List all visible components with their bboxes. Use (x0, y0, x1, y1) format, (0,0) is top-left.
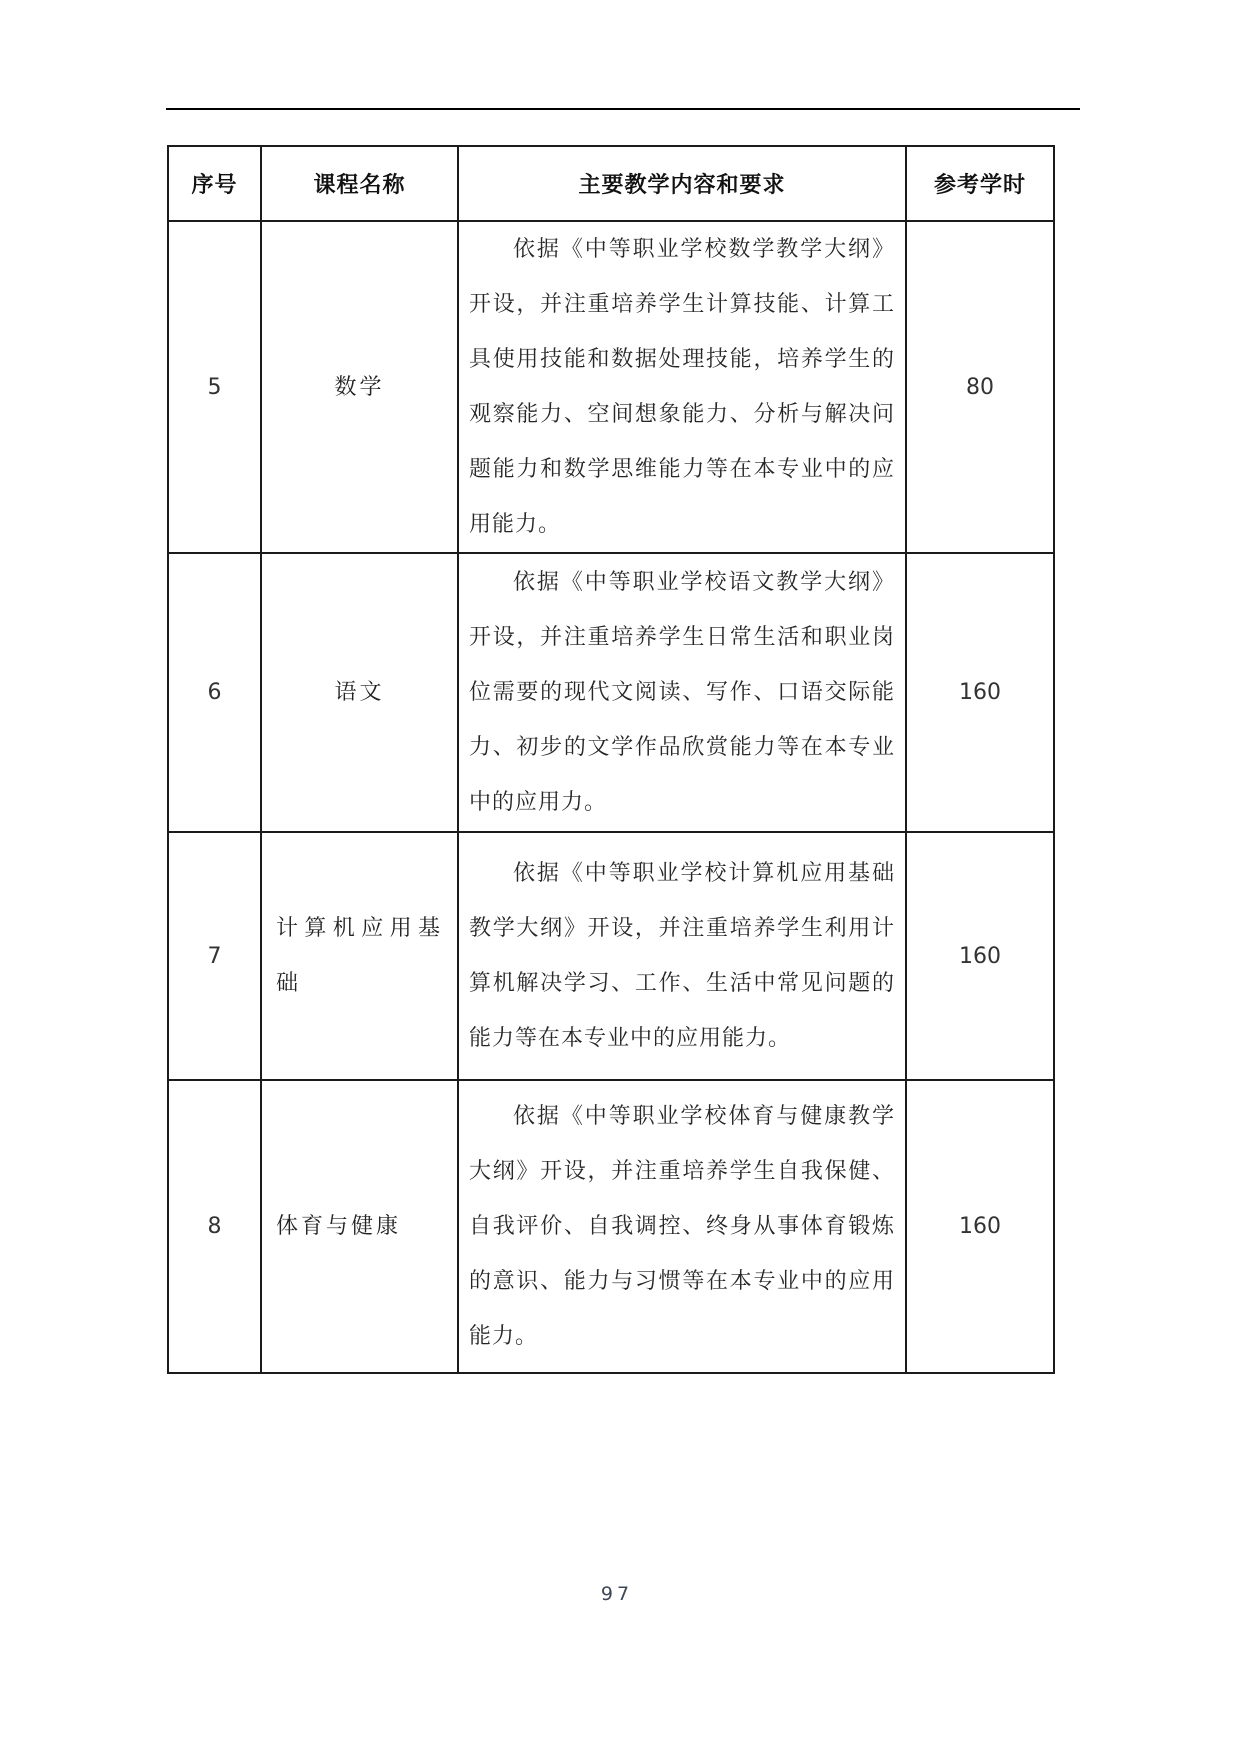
content-cell: 依据《中等职业学校数学教学大纲》开设，并注重培养学生计算技能、计算工具使用技能和… (458, 221, 906, 553)
course-name-cell: 语文 (261, 553, 458, 832)
row-index-cell: 7 (168, 832, 261, 1080)
content-cell: 依据《中等职业学校体育与健康教学大纲》开设，并注重培养学生自我保健、自我评价、自… (458, 1080, 906, 1373)
hours-cell: 160 (906, 1080, 1054, 1373)
row-index-cell: 5 (168, 221, 261, 553)
course-name-cell: 体育与健康 (261, 1080, 458, 1373)
content-paragraph: 依据《中等职业学校体育与健康教学大纲》开设，并注重培养学生自我保健、自我评价、自… (469, 1089, 895, 1364)
header-course-name: 课程名称 (261, 146, 458, 221)
document-page: 序号 课程名称 主要教学内容和要求 参考学时 5 数学 依据《中等职业学校数学教… (0, 0, 1234, 1748)
row-index-cell: 6 (168, 553, 261, 832)
content-paragraph: 依据《中等职业学校语文教学大纲》开设，并注重培养学生日常生活和职业岗位需要的现代… (469, 555, 895, 830)
course-name-cell: 数学 (261, 221, 458, 553)
header-index: 序号 (168, 146, 261, 221)
table-row: 7 计算机应用基础 依据《中等职业学校计算机应用基础教学大纲》开设，并注重培养学… (168, 832, 1054, 1080)
row-index-cell: 8 (168, 1080, 261, 1373)
header-rule (166, 108, 1080, 110)
hours-cell: 80 (906, 221, 1054, 553)
hours-cell: 160 (906, 553, 1054, 832)
page-number: 97 (0, 1583, 1234, 1605)
course-name-cell: 计算机应用基础 (261, 832, 458, 1080)
table-header-row: 序号 课程名称 主要教学内容和要求 参考学时 (168, 146, 1054, 221)
header-reference-hours: 参考学时 (906, 146, 1054, 221)
content-cell: 依据《中等职业学校语文教学大纲》开设，并注重培养学生日常生活和职业岗位需要的现代… (458, 553, 906, 832)
content-cell: 依据《中等职业学校计算机应用基础教学大纲》开设，并注重培养学生利用计算机解决学习… (458, 832, 906, 1080)
table-row: 8 体育与健康 依据《中等职业学校体育与健康教学大纲》开设，并注重培养学生自我保… (168, 1080, 1054, 1373)
table-row: 6 语文 依据《中等职业学校语文教学大纲》开设，并注重培养学生日常生活和职业岗位… (168, 553, 1054, 832)
hours-cell: 160 (906, 832, 1054, 1080)
content-paragraph: 依据《中等职业学校计算机应用基础教学大纲》开设，并注重培养学生利用计算机解决学习… (469, 846, 895, 1066)
content-paragraph: 依据《中等职业学校数学教学大纲》开设，并注重培养学生计算技能、计算工具使用技能和… (469, 222, 895, 552)
table-row: 5 数学 依据《中等职业学校数学教学大纲》开设，并注重培养学生计算技能、计算工具… (168, 221, 1054, 553)
header-content-requirements: 主要教学内容和要求 (458, 146, 906, 221)
course-table: 序号 课程名称 主要教学内容和要求 参考学时 5 数学 依据《中等职业学校数学教… (167, 145, 1055, 1374)
